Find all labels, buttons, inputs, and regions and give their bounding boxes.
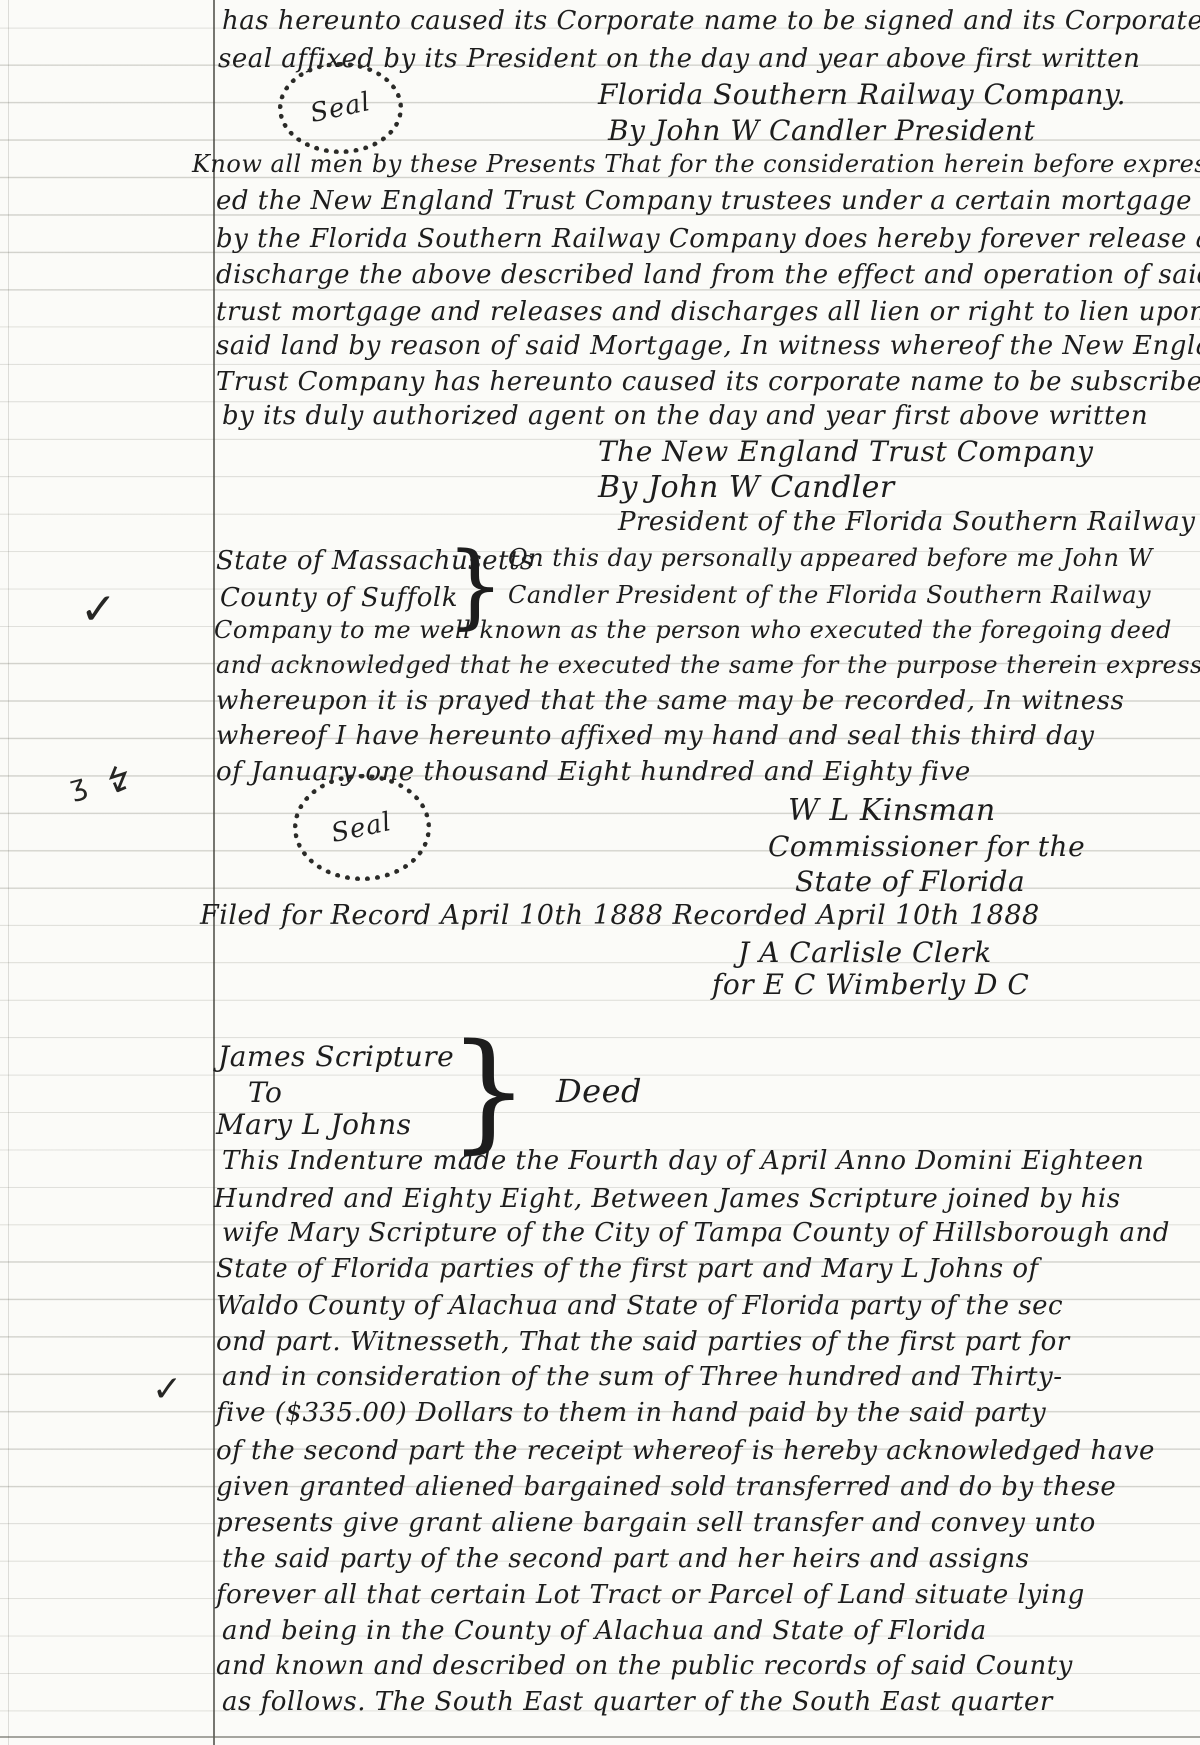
handwritten-line: W L Kinsman [788, 793, 996, 829]
handwritten-line: To [248, 1076, 282, 1110]
margin-ink-mark: ↯ [101, 761, 136, 800]
handwritten-line: forever all that certain Lot Tract or Pa… [216, 1580, 1085, 1611]
handwritten-line: of the second part the receipt whereof i… [216, 1436, 1155, 1467]
handwritten-line: ed the New England Trust Company trustee… [216, 186, 1200, 217]
curly-brace: } [448, 1028, 529, 1156]
handwritten-line: Hundred and Eighty Eight, Between James … [214, 1184, 1121, 1215]
handwritten-line: President of the Florida Southern Railwa… [618, 507, 1200, 538]
scanned-deed-document: { "colors": { "paper": "#fbfbf8", "ink":… [0, 0, 1200, 1745]
handwritten-line: and known and described on the public re… [216, 1651, 1073, 1682]
handwritten-line: The New England Trust Company [598, 435, 1093, 469]
bottom-rule-line [0, 1736, 1200, 1738]
handwritten-line: James Scripture [218, 1040, 454, 1074]
handwritten-line: whereof I have hereunto affixed my hand … [216, 721, 1094, 752]
handwritten-line: Know all men by these Presents That for … [192, 150, 1200, 179]
seal-drawing: Seal [278, 62, 403, 154]
handwritten-line: Filed for Record April 10th 1888 Recorde… [200, 900, 1040, 932]
handwritten-line: Trust Company has hereunto caused its co… [216, 367, 1200, 398]
handwritten-line: the said party of the second part and he… [222, 1544, 1030, 1575]
page-edge-line [8, 0, 9, 1745]
margin-checkmark: ✓ [80, 588, 117, 632]
handwritten-line: and being in the County of Alachua and S… [222, 1616, 987, 1647]
handwritten-line: by its duly authorized agent on the day … [222, 401, 1148, 432]
seal-label: Seal [329, 806, 395, 848]
handwritten-line: as follows. The South East quarter of th… [222, 1687, 1053, 1718]
handwritten-line: has hereunto caused its Corporate name t… [222, 6, 1200, 37]
margin-ink-mark: ʒ [67, 770, 90, 801]
handwritten-line: Company to me well known as the person w… [214, 616, 1172, 645]
handwritten-line: This Indenture made the Fourth day of Ap… [222, 1146, 1144, 1177]
handwritten-line: trust mortgage and releases and discharg… [216, 297, 1200, 328]
handwritten-line: for E C Wimberly D C [712, 968, 1029, 1002]
handwritten-line: and in consideration of the sum of Three… [222, 1362, 1062, 1393]
handwritten-line: State of Florida parties of the first pa… [216, 1254, 1039, 1285]
handwritten-line: Commissioner for the [768, 830, 1085, 864]
handwritten-line: ond part. Witnesseth, That the said part… [216, 1327, 1070, 1358]
handwritten-line: By John W Candler [598, 470, 895, 506]
handwritten-line: Florida Southern Railway Company. [598, 78, 1126, 112]
handwritten-line: On this day personally appeared before m… [508, 544, 1153, 573]
handwritten-line: Mary L Johns [216, 1108, 411, 1142]
handwritten-line: by the Florida Southern Railway Company … [216, 224, 1200, 255]
seal-label: Seal [308, 87, 374, 129]
handwritten-line: whereupon it is prayed that the same may… [216, 686, 1124, 717]
handwritten-line: given granted aliened bargained sold tra… [216, 1472, 1116, 1503]
left-margin-rule [213, 0, 215, 1745]
seal-drawing: Seal [293, 774, 431, 881]
handwritten-line: and acknowledged that he executed the sa… [216, 651, 1200, 680]
handwritten-line: By John W Candler President [608, 114, 1035, 148]
curly-brace: } [446, 540, 505, 632]
handwritten-line: wife Mary Scripture of the City of Tampa… [222, 1218, 1170, 1249]
handwritten-line: Candler President of the Florida Souther… [508, 581, 1151, 610]
deed-record-page: has hereunto caused its Corporate name t… [0, 0, 1200, 1745]
margin-checkmark: ✓ [152, 1372, 182, 1408]
handwritten-line: presents give grant aliene bargain sell … [216, 1508, 1096, 1539]
handwritten-line: discharge the above described land from … [216, 260, 1200, 291]
handwritten-line: five ($335.00) Dollars to them in hand p… [216, 1398, 1046, 1429]
handwritten-line: said land by reason of said Mortgage, In… [216, 331, 1200, 362]
handwritten-line: State of Florida [795, 865, 1025, 899]
handwritten-line: Deed [556, 1072, 642, 1110]
handwritten-line: County of Suffolk [220, 583, 458, 614]
handwritten-line: Waldo County of Alachua and State of Flo… [216, 1291, 1063, 1322]
handwritten-line: J A Carlisle Clerk [738, 936, 992, 970]
